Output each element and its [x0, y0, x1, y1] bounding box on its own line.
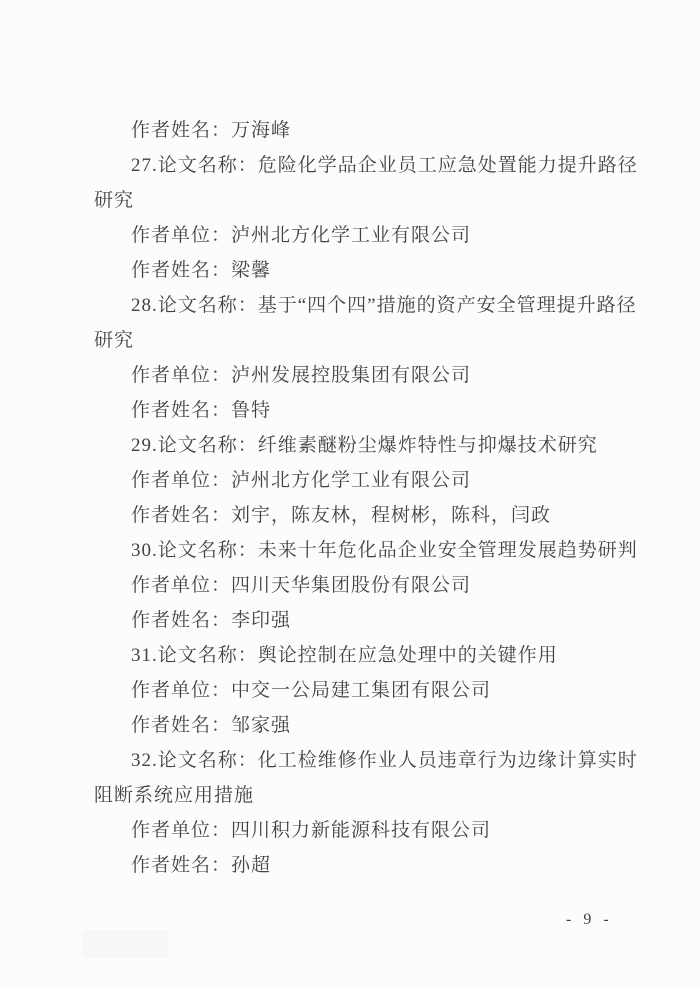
text-line: 31.论文名称：舆论控制在应急处理中的关键作用: [131, 638, 558, 673]
text-line: 作者单位：泸州北方化学工业有限公司: [131, 218, 471, 253]
text-line: 32.论文名称：化工检维修作业人员违章行为边缘计算实时: [131, 743, 638, 778]
text-line: 29.论文名称：纤维素醚粉尘爆炸特性与抑爆技术研究: [131, 428, 598, 463]
text-line: 作者姓名：孙超: [131, 848, 271, 883]
text-line: 作者单位：泸州北方化学工业有限公司: [131, 463, 471, 498]
text-line: 作者单位：泸州发展控股集团有限公司: [131, 358, 471, 393]
text-line: 作者单位：四川天华集团股份有限公司: [131, 568, 471, 603]
text-line: 研究: [94, 183, 134, 218]
text-line: 作者姓名：邹家强: [131, 708, 291, 743]
page-number: - 9 -: [566, 908, 613, 932]
text-line: 作者姓名：万海峰: [131, 113, 291, 148]
scan-artifact: [83, 930, 168, 958]
text-line: 研究: [94, 323, 134, 358]
text-line: 作者单位：中交一公局建工集团有限公司: [131, 673, 491, 708]
text-line: 27.论文名称：危险化学品企业员工应急处置能力提升路径: [131, 148, 638, 183]
text-line: 作者姓名：李印强: [131, 603, 291, 638]
text-line: 30.论文名称：未来十年危化品企业安全管理发展趋势研判: [131, 533, 638, 568]
text-line: 阻断系统应用措施: [94, 778, 254, 813]
text-line: 作者姓名：鲁特: [131, 393, 271, 428]
text-line: 作者姓名：刘宇，陈友林，程树彬，陈科，闫政: [131, 498, 551, 533]
text-line: 作者单位：四川积力新能源科技有限公司: [131, 813, 491, 848]
text-line: 作者姓名：梁馨: [131, 253, 271, 288]
document-page: 作者姓名：万海峰27.论文名称：危险化学品企业员工应急处置能力提升路径研究作者单…: [0, 0, 700, 989]
document-body: 作者姓名：万海峰27.论文名称：危险化学品企业员工应急处置能力提升路径研究作者单…: [0, 0, 700, 989]
text-line: 28.论文名称：基于“四个四”措施的资产安全管理提升路径: [131, 288, 637, 323]
